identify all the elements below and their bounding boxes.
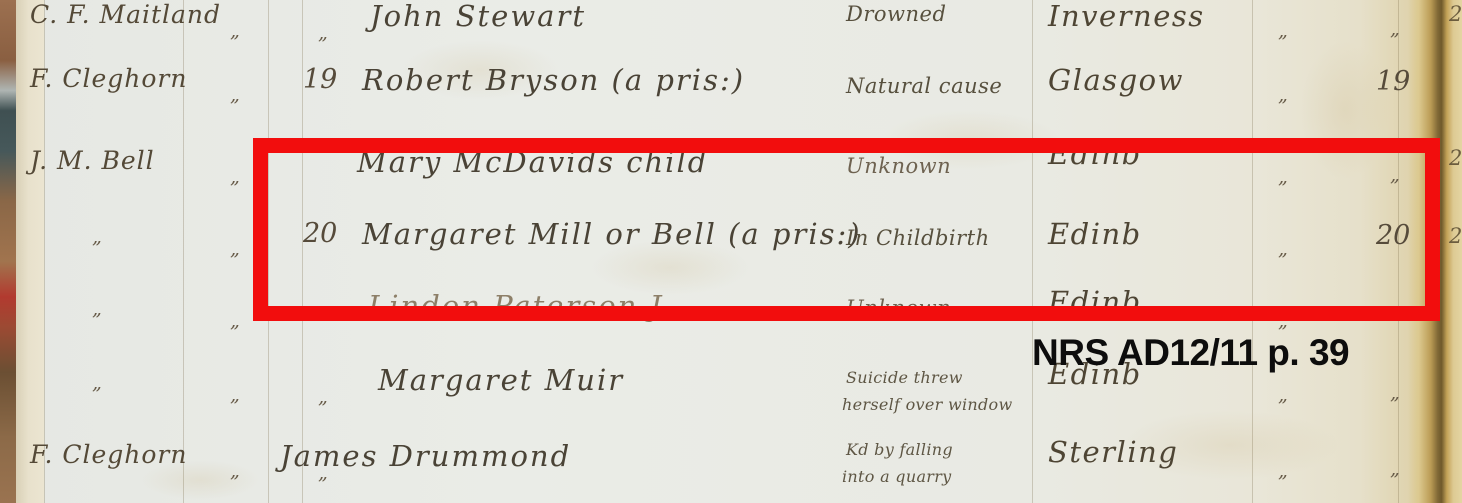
register-page-scan: C. F. Maitland„„John StewartDrownedInver… (0, 0, 1462, 503)
deceased-name: Margaret Muir (378, 366, 624, 395)
cause-of-death: Drowned (846, 4, 946, 25)
archive-reference-caption: NRS AD12/11 p. 39 (1032, 332, 1349, 374)
ditto-mark: „ (230, 22, 240, 41)
place-name: Sterling (1048, 438, 1178, 467)
ditto-mark: „ (1278, 462, 1288, 481)
ditto-mark: „ (1278, 386, 1288, 405)
ditto-mark: „ (230, 312, 240, 331)
binding-edge (0, 0, 16, 503)
ditto-mark: „ (230, 86, 240, 105)
adjacent-page-digit: 2 (1449, 224, 1462, 248)
cause-of-death: into a quarry (842, 463, 952, 490)
cause-of-death: Suicide threw (846, 364, 963, 391)
ditto-mark: „ (1390, 460, 1400, 479)
ditto-mark: „ (230, 386, 240, 405)
highlight-box (253, 138, 1440, 321)
ditto-mark: „ (1390, 20, 1400, 39)
adjacent-page-digit: 2 (1449, 2, 1462, 26)
ditto-mark: „ (230, 168, 240, 187)
ditto-mark: „ (230, 240, 240, 259)
adjacent-page-digit: 2 (1449, 146, 1462, 170)
cause-of-death: Natural cause (846, 76, 1002, 97)
ditto-mark: „ (318, 24, 328, 43)
deceased-name: Robert Bryson (a pris:) (362, 66, 745, 95)
place-name: Glasgow (1048, 66, 1184, 95)
ditto-mark: „ (230, 462, 240, 481)
ditto-mark: „ (92, 228, 102, 247)
ditto-mark: „ (318, 388, 328, 407)
reporter-name: C. F. Maitland (30, 2, 221, 27)
cause-of-death: herself over window (842, 391, 1013, 418)
entry-number: 19 (303, 66, 337, 93)
ditto-mark: „ (1390, 384, 1400, 403)
reporter-name: F. Cleghorn (30, 442, 187, 467)
record-number: 19 (1376, 68, 1410, 95)
ditto-mark: „ (1278, 86, 1288, 105)
reporter-name: F. Cleghorn (30, 66, 187, 91)
cause-of-death: Kd by falling (846, 436, 953, 463)
ditto-mark: „ (1278, 22, 1288, 41)
deceased-name: James Drummond (280, 442, 571, 471)
ditto-mark: „ (92, 374, 102, 393)
place-name: Inverness (1048, 2, 1205, 31)
reporter-name: J. M. Bell (30, 148, 155, 173)
deceased-name: John Stewart (370, 2, 586, 31)
ditto-mark: „ (92, 300, 102, 319)
